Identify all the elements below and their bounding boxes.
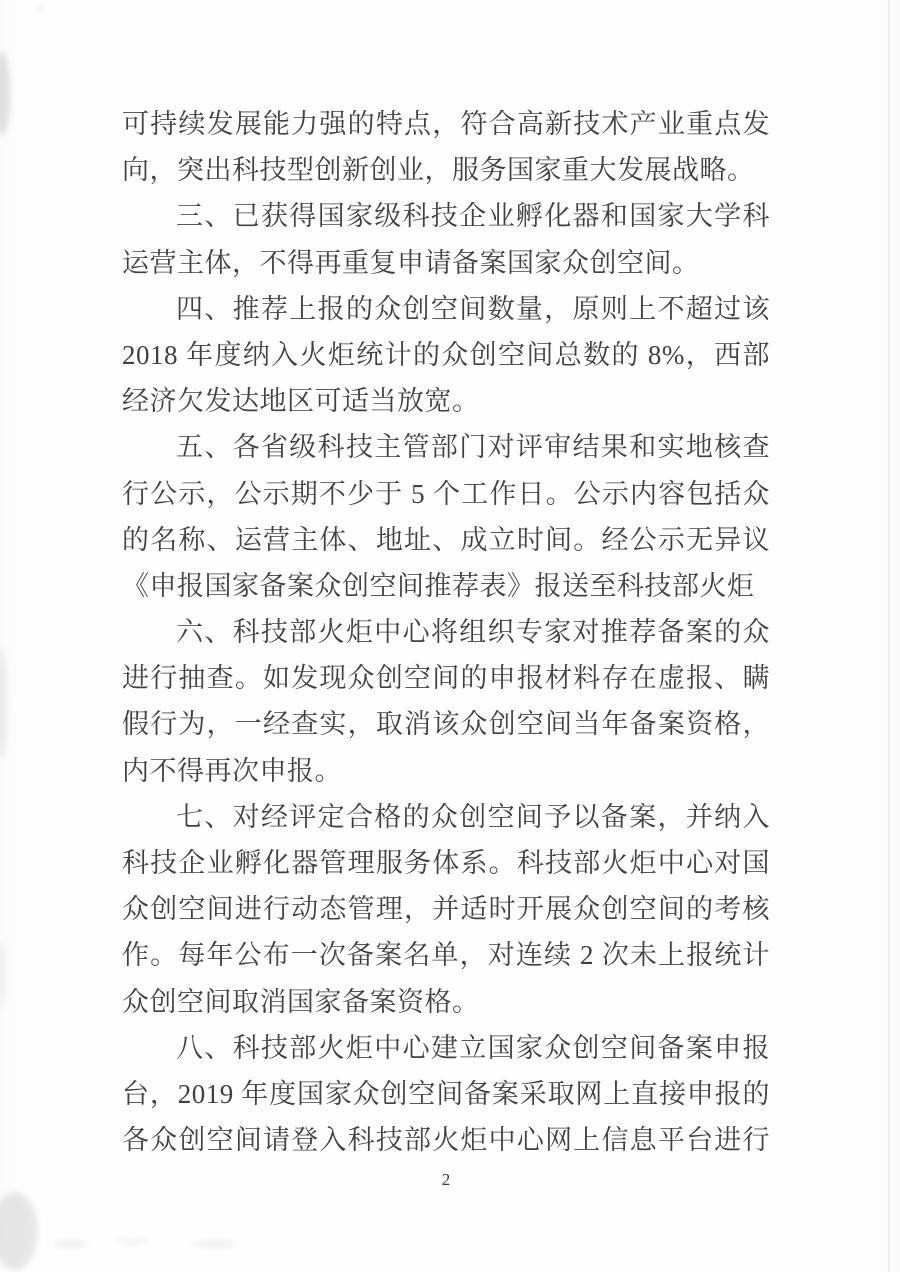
text-line: 七、对经评定合格的众创空间予以备案，并纳入国家级 — [122, 794, 770, 840]
scan-artifact — [54, 1240, 88, 1248]
scan-edge-line — [888, 0, 890, 1272]
text-line: 各众创空间请登入科技部火炬中心网上信息平台进行材料 — [122, 1117, 770, 1163]
scan-artifact — [192, 1240, 236, 1248]
scan-artifact — [36, 6, 46, 12]
text-line: 假行为，一经查实，取消该众创空间当年备案资格，且 2 年 — [122, 701, 770, 747]
scan-artifact — [0, 1192, 38, 1270]
scan-artifact — [0, 648, 7, 758]
scan-artifact — [0, 52, 10, 136]
scan-artifact — [118, 1238, 148, 1245]
text-line: 向，突出科技型创新创业，服务国家重大发展战略。 — [122, 147, 770, 193]
text-line: 八、科技部火炬中心建立国家众创空间备案申报信息平 — [122, 1025, 770, 1071]
text-line: 进行抽查。如发现众创空间的申报材料存在虚报、瞒报等造 — [122, 655, 770, 701]
scan-artifact — [0, 940, 5, 1010]
text-line: 经济欠发达地区可适当放宽。 — [122, 378, 770, 424]
text-line: 五、各省级科技主管部门对评审结果和实地核查情况进 — [122, 424, 770, 470]
text-line: 四、推荐上报的众创空间数量，原则上不超过该地区 — [122, 286, 770, 332]
scanned-document-page: 可持续发展能力强的特点，符合高新技术产业重点发展方 向，突出科技型创新创业，服务… — [0, 0, 900, 1272]
text-line: 台，2019 年度国家众创空间备案采取网上直接申报的方式。 — [122, 1071, 770, 1117]
text-line: 内不得再次申报。 — [122, 748, 770, 794]
text-line: 2018 年度纳入火炬统计的众创空间总数的 8%，西部地区及 — [122, 332, 770, 378]
page-number: 2 — [0, 1170, 892, 1190]
text-line: 作。每年公布一次备案名单，对连续 2 次未上报统计数据的 — [122, 932, 770, 978]
text-line: 科技企业孵化器管理服务体系。科技部火炬中心对国家备案 — [122, 840, 770, 886]
text-line: 行公示，公示期不少于 5 个工作日。公示内容包括众创空间 — [122, 471, 770, 517]
text-line: 三、已获得国家级科技企业孵化器和国家大学科技园的 — [122, 193, 770, 239]
document-body: 可持续发展能力强的特点，符合高新技术产业重点发展方 向，突出科技型创新创业，服务… — [122, 101, 770, 1163]
text-line: 六、科技部火炬中心将组织专家对推荐备案的众创空间 — [122, 609, 770, 655]
text-line: 的名称、运营主体、地址、成立时间。经公示无异议后，将 — [122, 517, 770, 563]
text-line: 众创空间进行动态管理，并适时开展众创空间的考核评价工 — [122, 886, 770, 932]
text-line: 众创空间取消国家备案资格。 — [122, 979, 770, 1025]
text-line: 可持续发展能力强的特点，符合高新技术产业重点发展方 — [122, 101, 770, 147]
text-line: 《申报国家备案众创空间推荐表》报送至科技部火炬中心。 — [122, 563, 770, 609]
text-line: 运营主体，不得再重复申请备案国家众创空间。 — [122, 240, 770, 286]
